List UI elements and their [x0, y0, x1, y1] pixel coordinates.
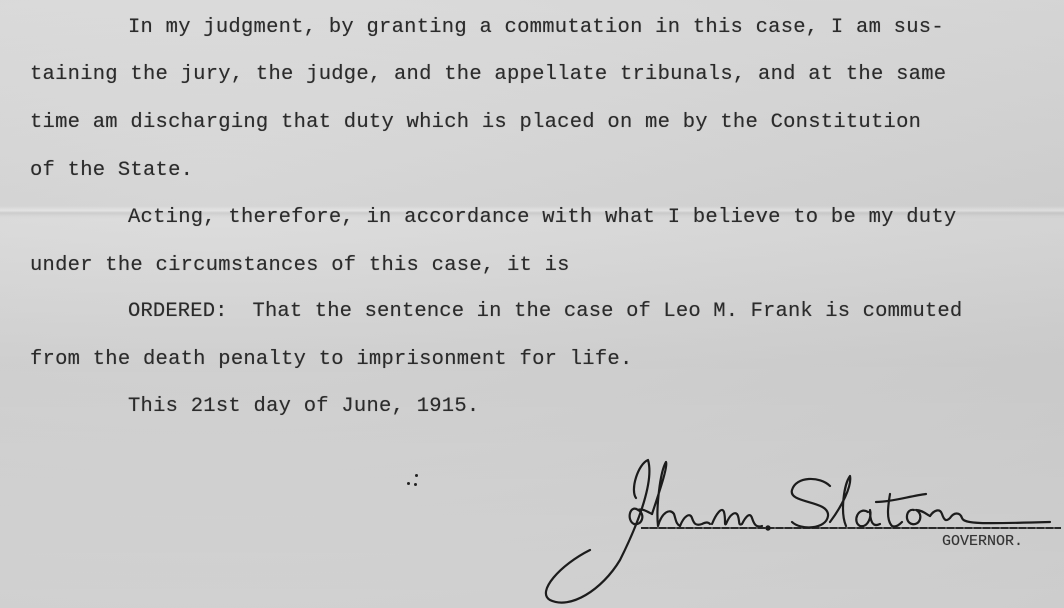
paragraph-2-line-1: Acting, therefore, in accordance with wh… [128, 206, 956, 230]
paragraph-1-line-1: In my judgment, by granting a commutatio… [128, 16, 944, 40]
signature-john-m-slaton: John M. Slaton [530, 450, 1064, 608]
ink-specks [405, 472, 425, 488]
date-line: This 21st day of June, 1915. [128, 395, 479, 419]
order-line-1: ORDERED: That the sentence in the case o… [128, 300, 962, 324]
signatory-title: GOVERNOR. [942, 533, 1023, 550]
paragraph-1-line-4: of the State. [30, 159, 193, 183]
paragraph-1-line-2: taining the jury, the judge, and the app… [30, 63, 946, 87]
order-line-2: from the death penalty to imprisonment f… [30, 348, 633, 372]
document-page: In my judgment, by granting a commutatio… [0, 0, 1064, 608]
paragraph-1-line-3: time am discharging that duty which is p… [30, 111, 921, 135]
paragraph-2-line-2: under the circumstances of this case, it… [30, 254, 570, 278]
